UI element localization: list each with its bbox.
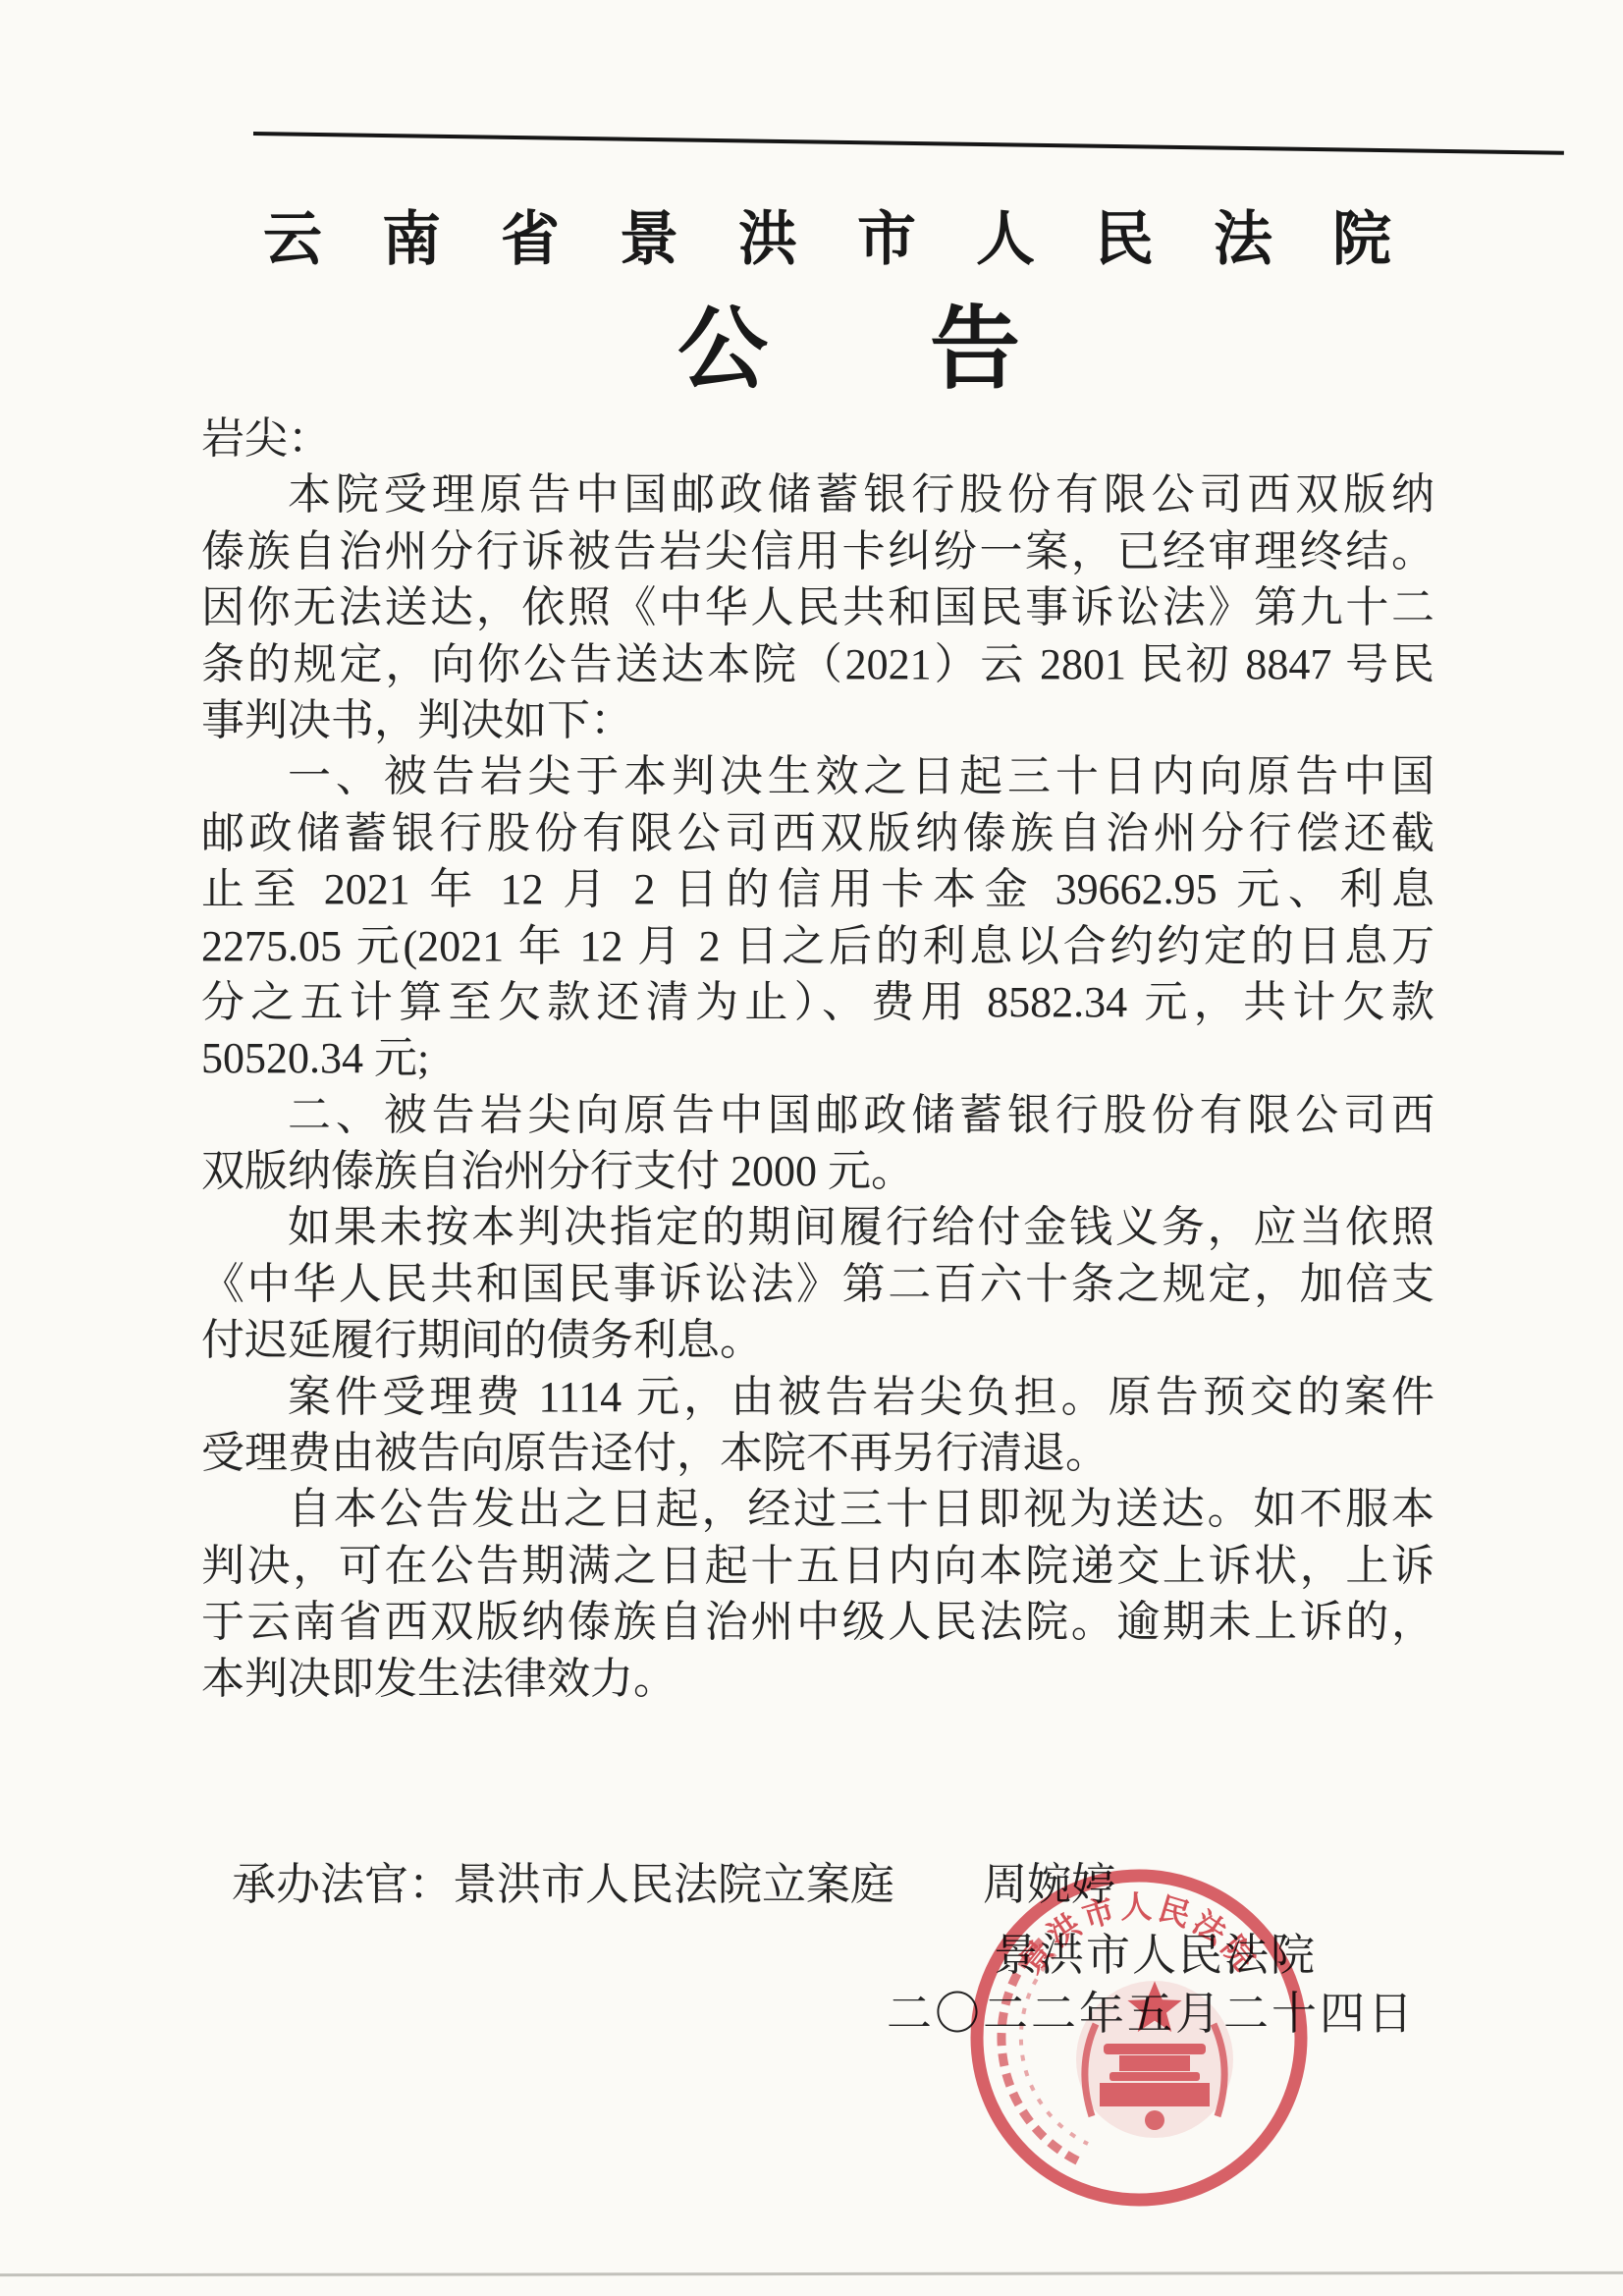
body-line: 岩尖： — [201, 410, 1434, 466]
body-line: 事判决书，判决如下： — [201, 692, 1434, 748]
notice-title: 公告 — [677, 277, 1182, 407]
body-line: 傣族自治州分行诉被告岩尖信用卡纠纷一案，已经审理终结。 — [201, 523, 1434, 579]
body-line: 二、被告岩尖向原告中国邮政储蓄银行股份有限公司西 — [201, 1087, 1434, 1143]
body-line: 本判决即发生法律效力。 — [201, 1651, 1434, 1707]
body-line: 付迟延履行期间的债务利息。 — [201, 1312, 1434, 1368]
bottom-scan-line — [0, 2271, 1623, 2276]
body-line: 2275.05 元(2021 年 12 月 2 日之后的利息以合约约定的日息万 — [201, 918, 1434, 974]
court-notice-page: 云南省景洪市人民法院 公告 岩尖：本院受理原告中国邮政储蓄银行股份有限公司西双版… — [0, 0, 1623, 2296]
body-line: 判决，可在公告期满之日起十五日内向本院递交上诉状，上诉 — [201, 1538, 1434, 1594]
body-line: 自本公告发出之日起，经过三十日即视为送达。如不服本 — [201, 1481, 1434, 1537]
body-line: 止至 2021 年 12 月 2 日的信用卡本金 39662.95 元、利息 — [201, 861, 1434, 917]
body-line: 因你无法送达，依照《中华人民共和国民事诉讼法》第九十二 — [201, 579, 1434, 635]
body-line: 受理费由被告向原告迳付，本院不再另行清退。 — [201, 1425, 1434, 1481]
body-line: 分之五计算至欠款还清为止）、费用 8582.34 元，共计欠款 — [201, 974, 1434, 1030]
body-line: 50520.34 元; — [201, 1030, 1434, 1086]
body-line: 《中华人民共和国民事诉讼法》第二百六十条之规定，加倍支 — [201, 1256, 1434, 1312]
body-line: 本院受理原告中国邮政储蓄银行股份有限公司西双版纳 — [201, 466, 1434, 522]
top-scan-line — [253, 132, 1564, 155]
body-line: 如果未按本判决指定的期间履行给付金钱义务，应当依照 — [201, 1199, 1434, 1255]
body-line: 邮政储蓄银行股份有限公司西双版纳傣族自治州分行偿还截 — [201, 805, 1434, 861]
seal-national-emblem — [1076, 1981, 1233, 2138]
body-line: 于云南省西双版纳傣族自治州中级人民法院。逾期未上诉的， — [201, 1594, 1434, 1650]
official-seal: 景洪市人民法院 — [964, 1863, 1314, 2213]
body-line: 双版纳傣族自治州分行支付 2000 元。 — [201, 1143, 1434, 1199]
document-body: 岩尖：本院受理原告中国邮政储蓄银行股份有限公司西双版纳傣族自治州分行诉被告岩尖信… — [201, 410, 1434, 1707]
body-line: 条的规定，向你公告送达本院（2021）云 2801 民初 8847 号民 — [201, 636, 1434, 692]
body-line: 案件受理费 1114 元，由被告岩尖负担。原告预交的案件 — [201, 1369, 1434, 1425]
court-title: 云南省景洪市人民法院 — [263, 192, 1451, 277]
body-line: 一、被告岩尖于本判决生效之日起三十日内向原告中国 — [201, 748, 1434, 804]
